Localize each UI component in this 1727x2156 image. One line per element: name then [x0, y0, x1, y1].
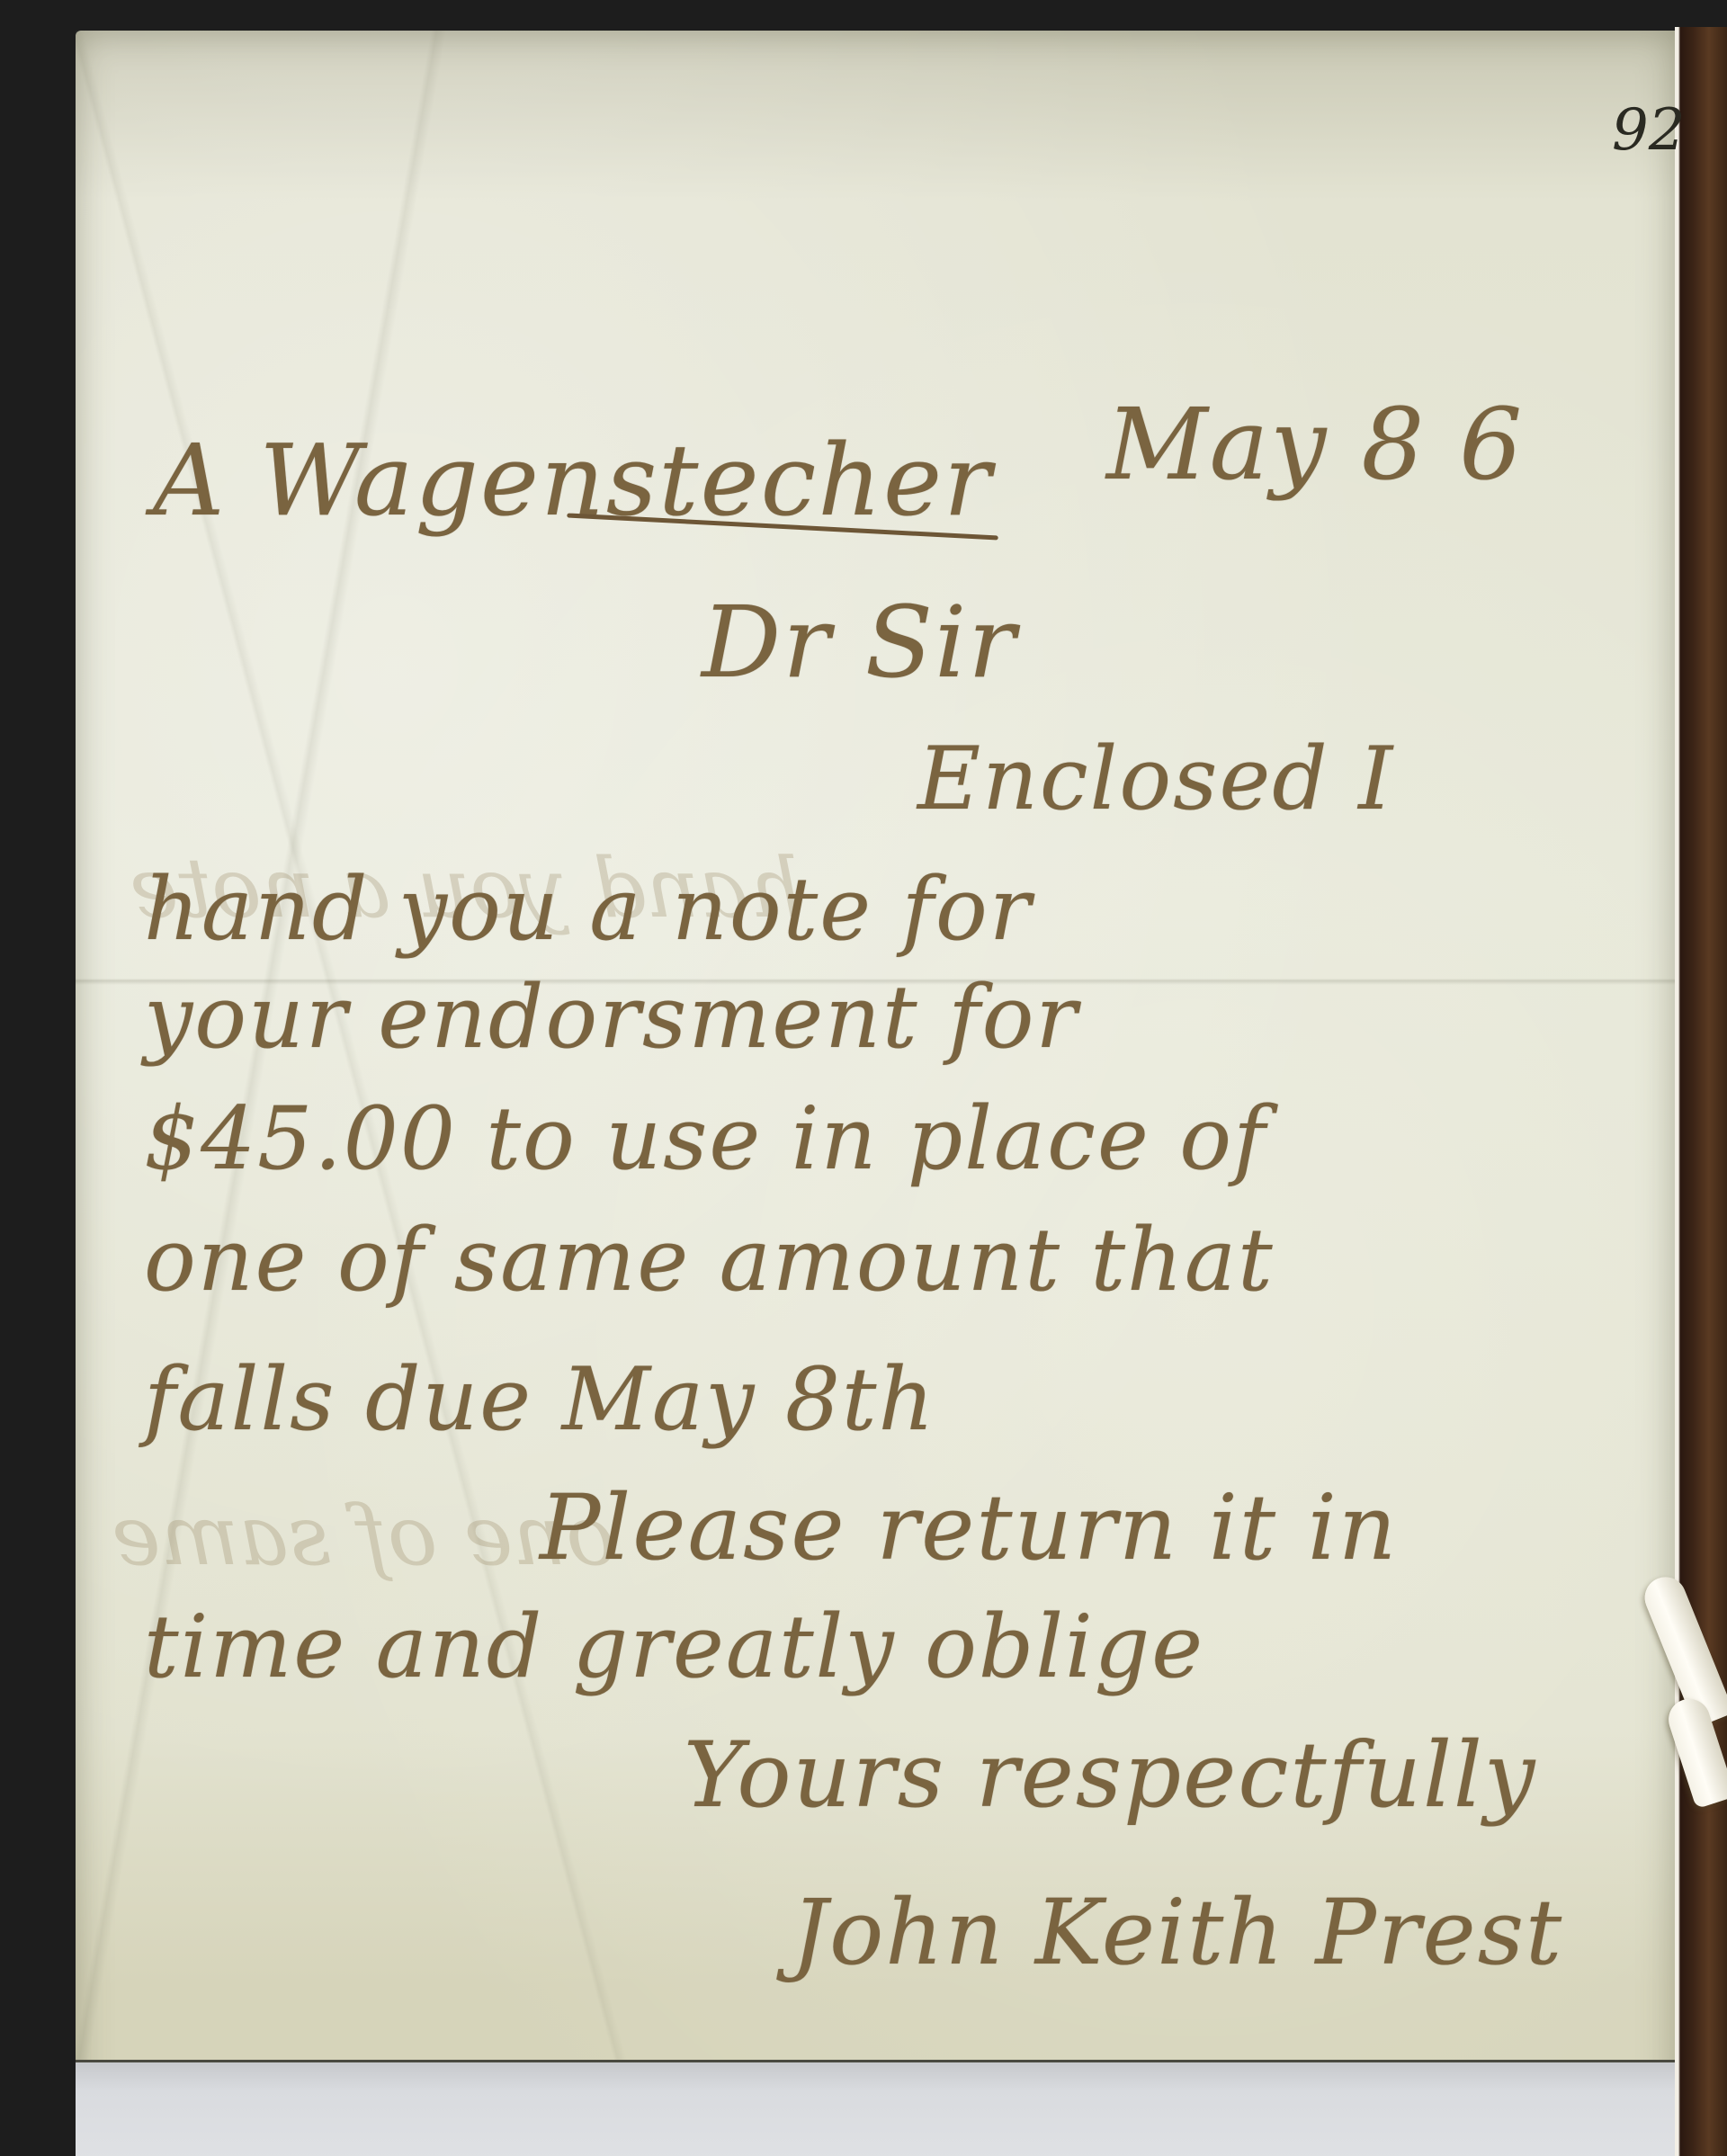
closing-line: time and greatly oblige [144, 1597, 1204, 1697]
body-line: $45.00 to use in place of [144, 1088, 1267, 1189]
valediction: Yours respectfully [684, 1722, 1536, 1828]
body-line: Enclosed I [917, 729, 1394, 829]
closing-line: Please return it in [540, 1475, 1398, 1580]
letter-date: May 8 6 [1106, 387, 1524, 502]
body-line: one of same amount that [144, 1210, 1275, 1311]
signature: John Keith Prest [792, 1880, 1563, 1985]
page-number: 92 [1612, 97, 1685, 164]
backing-sheet [76, 2060, 1675, 2156]
body-line: your endorsment for [144, 967, 1078, 1068]
body-line: falls due May 8th [144, 1349, 935, 1450]
salutation: Dr Sir [702, 585, 1017, 700]
body-line: hand you a note for [144, 859, 1033, 960]
recipient-name: A Wagenstecher [153, 423, 993, 538]
binding-edge [1675, 27, 1727, 2156]
